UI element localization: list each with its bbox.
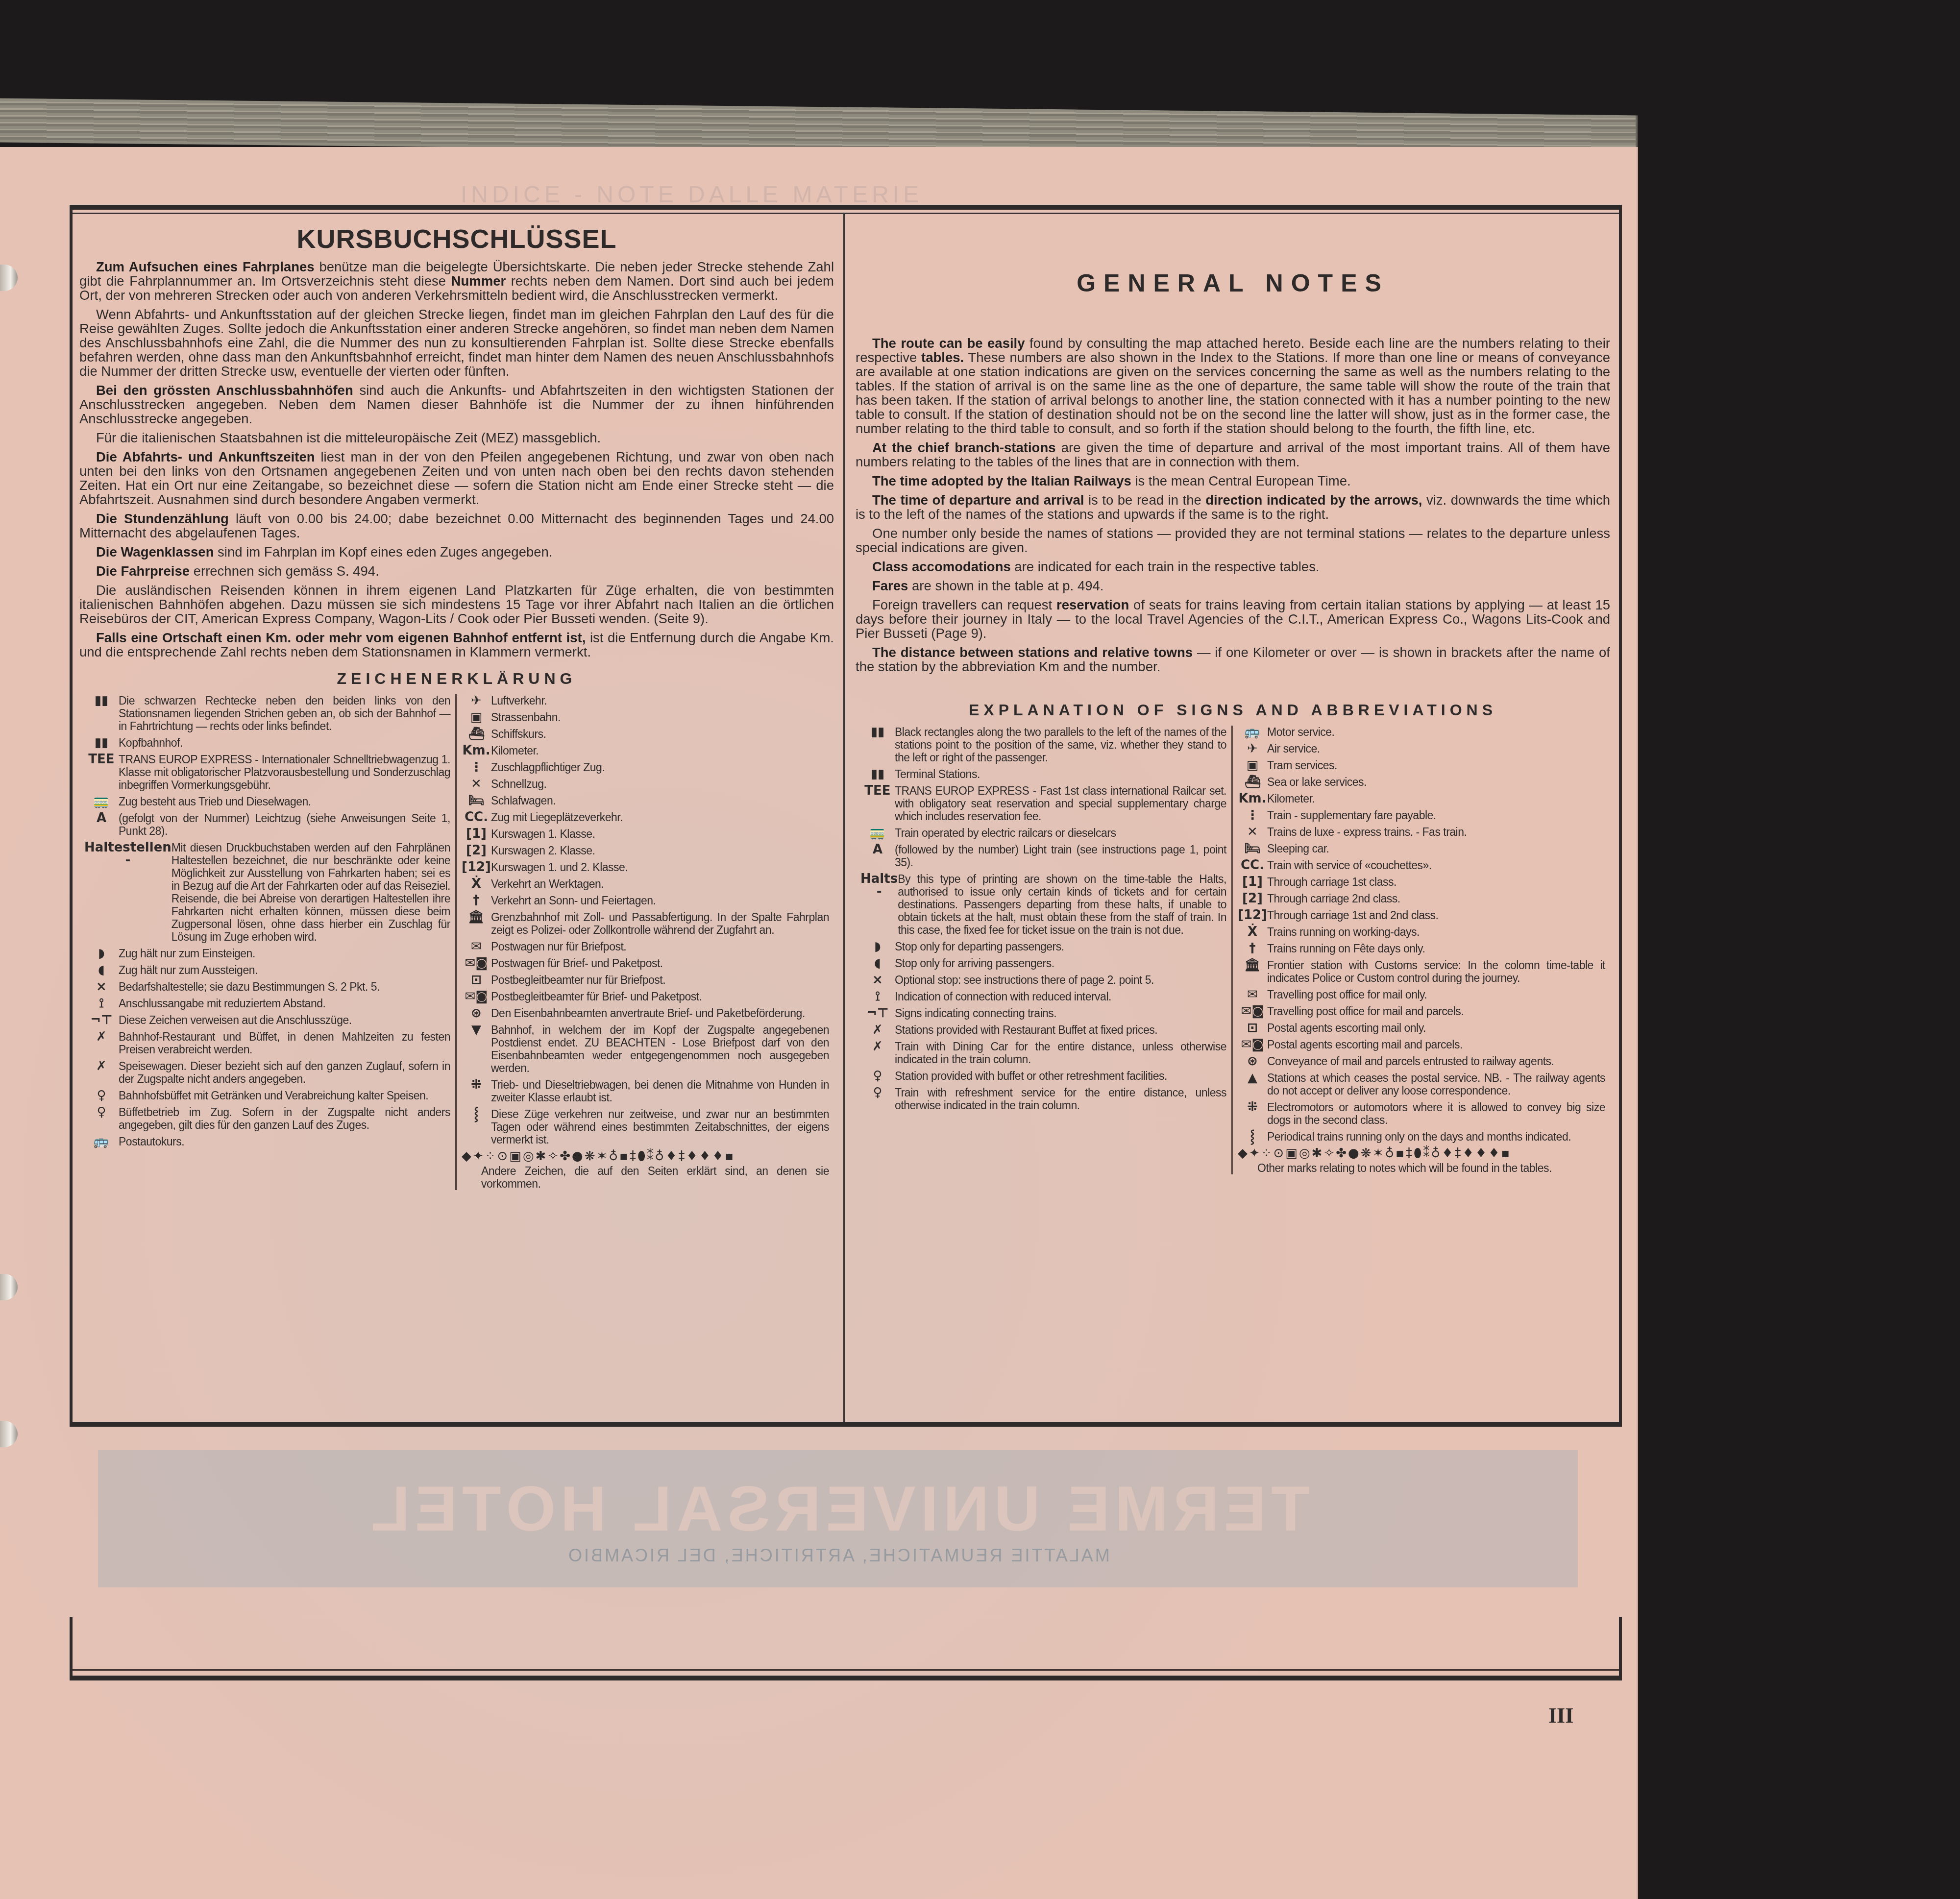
legend-text: Kurswagen 1. Klasse. xyxy=(491,828,829,840)
paragraph-text: These numbers are also shown in the Inde… xyxy=(856,350,1610,436)
paragraph: One number only beside the names of stat… xyxy=(856,526,1610,555)
legend-item: TEETRANS EUROP EXPRESS - Fast 1st class … xyxy=(860,784,1226,823)
legend-symbol-icon: A xyxy=(84,812,119,837)
legend-text: Signs indicating connecting trains. xyxy=(895,1007,1226,1020)
paragraph-text: Wenn Abfahrts- und Ankunftsstation auf d… xyxy=(79,307,834,379)
legend-item: ẊVerkehrt an Werktagen. xyxy=(462,877,829,890)
legend-item: ▣Strassenbahn. xyxy=(462,711,829,724)
paragraph: Class accomodations are indicated for ea… xyxy=(856,560,1610,574)
ad-title: TERME UNIVERSAL HOTEL xyxy=(366,1472,1310,1545)
paragraph: Die Fahrpreise errechnen sich gemäss S. … xyxy=(79,564,834,578)
legend-text: Postbegleitbeamter für Brief- und Paketp… xyxy=(491,990,829,1003)
legend-item: ✉◙Travelling post office for mail and pa… xyxy=(1238,1005,1605,1018)
legend-text: Kilometer. xyxy=(491,744,829,757)
paragraph: Die Abfahrts- und Ankunftszeiten liest m… xyxy=(79,450,834,507)
page-number: III xyxy=(1548,1703,1573,1728)
legend-item: 🛏Sleeping car. xyxy=(1238,842,1605,855)
legend-text: Den Eisenbahnbeamten anvertraute Brief- … xyxy=(491,1007,829,1020)
legend-item: [12]Kurswagen 1. und 2. Klasse. xyxy=(462,861,829,874)
legend-text: Stations provided with Restaurant Buffet… xyxy=(895,1023,1226,1036)
legend-symbol-icon: ⊡ xyxy=(462,974,491,986)
legend-text: Schnellzug. xyxy=(491,778,829,790)
legend-item: ✉◙Postbegleitbeamter für Brief- und Pake… xyxy=(462,990,829,1003)
legend-item: ¬⊤Diese Zeichen verweisen aut die Anschl… xyxy=(84,1014,450,1026)
legend-text: Through carriage 1st class. xyxy=(1267,876,1605,888)
legend-item: ♀Büffetbetrieb im Zug. Sofern in der Zug… xyxy=(84,1106,450,1131)
binding-ring xyxy=(0,1421,18,1447)
legend-symbol-icon: ▲ xyxy=(1238,1071,1267,1097)
legend-symbol-icon: ⟟ xyxy=(860,990,895,1003)
legend-item: ✈Air service. xyxy=(1238,742,1605,755)
legend-item: ▮▮Die schwarzen Rechtecke neben den beid… xyxy=(84,694,450,732)
paragraph-text: Foreign travellers can request xyxy=(872,597,1056,612)
legend-symbol-icon: ⋮ xyxy=(1238,809,1267,822)
paragraph: Die Wagenklassen sind im Fahrplan im Kop… xyxy=(79,545,834,559)
legend-text: Stations at which ceases the postal serv… xyxy=(1267,1071,1605,1097)
legend-item: ▮▮Kopfbahnhof. xyxy=(84,736,450,749)
paragraph-lead: The time of departure and arrival xyxy=(872,492,1084,508)
legend-text: Kurswagen 2. Klasse. xyxy=(491,844,829,857)
content-frame: KURSBUCHSCHLÜSSEL Zum Aufsuchen eines Fa… xyxy=(70,205,1622,1427)
legend-item: ◖Stop only for arriving passengers. xyxy=(860,957,1226,970)
paragraph-emphasis: Nummer xyxy=(451,273,506,289)
legend-text: Strassenbahn. xyxy=(491,711,829,724)
legend-item: Haltestellen -Mit diesen Druckbuchstaben… xyxy=(84,841,450,943)
paragraph-lead: Falls eine Ortschaft einen Km. oder mehr… xyxy=(96,630,586,645)
paragraph-text: are shown in the table at p. 494. xyxy=(908,578,1103,593)
legend-item: [2]Kurswagen 2. Klasse. xyxy=(462,844,829,857)
legend-item: A(gefolgt von der Nummer) Leichtzug (sie… xyxy=(84,812,450,837)
legend-symbol-icon: CC. xyxy=(1238,859,1267,872)
legend-text: Zug besteht aus Trieb und Dieselwagen. xyxy=(119,795,450,808)
legend-item: TEETRANS EUROP EXPRESS - Internationaler… xyxy=(84,753,450,791)
legend-symbol-icon: ⛴ xyxy=(1238,776,1267,788)
legend-text: Schlafwagen. xyxy=(491,794,829,807)
legend-item: ▮▮Black rectangles along the two paralle… xyxy=(860,726,1226,764)
legend-symbol-icon: Ẋ xyxy=(1238,925,1267,938)
ad-subtitle: MALATTIE REUMATICHE, ARTRITICHE, DEL RIC… xyxy=(566,1545,1110,1566)
paragraph-text: is to be read in the xyxy=(1084,492,1205,508)
legend-symbol-icon: 🚌 xyxy=(84,1135,119,1148)
legend-symbol-icon: ✗ xyxy=(860,1040,895,1066)
english-legend-title: EXPLANATION OF SIGNS AND ABBREVIATIONS xyxy=(856,703,1610,717)
legend-text: Train operated by electric railcars or d… xyxy=(895,827,1226,839)
paragraph: The time adopted by the Italian Railways… xyxy=(856,474,1610,488)
legend-symbol-icon: ▮▮ xyxy=(860,726,895,764)
legend-symbol-icon: ✕ xyxy=(462,778,491,790)
english-legend: ▮▮Black rectangles along the two paralle… xyxy=(856,726,1610,1174)
legend-symbol-icon: TEE xyxy=(84,753,119,791)
legend-text: Trains running on Fête days only. xyxy=(1267,942,1605,955)
legend-item: 🛏Schlafwagen. xyxy=(462,794,829,807)
legend-item: 🚃Zug besteht aus Trieb und Dieselwagen. xyxy=(84,795,450,808)
paragraph: Für die italienischen Staatsbahnen ist d… xyxy=(79,431,834,445)
paragraph-text: are indicated for each train in the resp… xyxy=(1011,559,1320,574)
legend-symbol-icon: ⸾ xyxy=(1238,1130,1267,1143)
legend-item: ◗Zug hält nur zum Einsteigen. xyxy=(84,947,450,960)
german-legend: ▮▮Die schwarzen Rechtecke neben den beid… xyxy=(79,694,834,1190)
legend-text: Air service. xyxy=(1267,742,1605,755)
legend-item: A(followed by the number) Light train (s… xyxy=(860,843,1226,869)
legend-item: ♀Train with refreshment service for the … xyxy=(860,1086,1226,1112)
legend-symbol-icon: ✈ xyxy=(462,694,491,707)
legend-text: Kurswagen 1. und 2. Klasse. xyxy=(491,861,829,874)
legend-text: Terminal Stations. xyxy=(895,768,1226,780)
legend-item: ♀Station provided with buffet or other r… xyxy=(860,1070,1226,1082)
paragraph: Foreign travellers can request reservati… xyxy=(856,598,1610,640)
legend-symbol-icon: ♀ xyxy=(84,1106,119,1131)
legend-text: Bedarfshaltestelle; sie dazu Bestimmunge… xyxy=(119,980,450,993)
legend-symbol-icon: ✕ xyxy=(1238,826,1267,838)
legend-text: Periodical trains running only on the da… xyxy=(1267,1130,1605,1143)
legend-item: ◗Stop only for departing passengers. xyxy=(860,940,1226,953)
legend-text: Zug hält nur zum Einsteigen. xyxy=(119,947,450,960)
german-paragraphs: Zum Aufsuchen eines Fahrplanes benütze m… xyxy=(79,260,834,659)
legend-text: Diese Züge verkehren nur zeitweise, und … xyxy=(491,1108,829,1146)
paragraph: Falls eine Ortschaft einen Km. oder mehr… xyxy=(79,631,834,659)
legend-symbol-icon: ✈ xyxy=(1238,742,1267,755)
legend-symbol-icon: ¬⊤ xyxy=(84,1014,119,1026)
legend-text: Train with Dining Car for the entire dis… xyxy=(895,1040,1226,1066)
paragraph-lead: The route can be easily xyxy=(872,336,1025,351)
other-marks-text: Other marks relating to notes which will… xyxy=(1238,1162,1605,1174)
legend-symbol-icon: 🏛 xyxy=(1238,959,1267,984)
legend-symbol-icon: ♀ xyxy=(860,1070,895,1082)
legend-text: Sleeping car. xyxy=(1267,842,1605,855)
legend-symbol-icon: ⸾ xyxy=(462,1108,491,1146)
legend-item: CC.Train with service of «couchettes». xyxy=(1238,859,1605,872)
binding-ring xyxy=(0,265,18,291)
legend-symbol-icon: † xyxy=(462,894,491,907)
legend-symbol-icon: 🚃 xyxy=(860,827,895,839)
legend-item: ⊛Conveyance of mail and parcels entruste… xyxy=(1238,1055,1605,1068)
legend-symbol-icon: ⊛ xyxy=(1238,1055,1267,1068)
legend-symbol-icon: ✉◙ xyxy=(1238,1005,1267,1018)
legend-text: Postautokurs. xyxy=(119,1135,450,1148)
paragraph-lead: The distance between stations and relati… xyxy=(872,645,1193,660)
legend-text: Postwagen nur für Briefpost. xyxy=(491,940,829,953)
legend-text: Anschlussangabe mit reduziertem Abstand. xyxy=(119,997,450,1010)
paragraph-lead: Die Abfahrts- und Ankunftszeiten xyxy=(96,449,315,464)
legend-symbol-icon: [2] xyxy=(462,844,491,857)
legend-symbol-icon: Haltestellen - xyxy=(84,841,171,943)
legend-text: Stop only for departing passengers. xyxy=(895,940,1226,953)
legend-symbol-icon: [12] xyxy=(462,861,491,874)
legend-item: ♀Bahnhofsbüffet mit Getränken und Verabr… xyxy=(84,1089,450,1102)
paragraph-lead: Class accomodations xyxy=(872,559,1011,574)
paragraph-text: Für die italienischen Staatsbahnen ist d… xyxy=(96,430,601,445)
legend-item: ✉◙Postal agents escorting mail and parce… xyxy=(1238,1038,1605,1051)
legend-text: Bahnhof, in welchem der im Kopf der Zugs… xyxy=(491,1023,829,1074)
legend-item: ✗Speisewagen. Dieser bezieht sich auf de… xyxy=(84,1060,450,1085)
legend-item: ⛴Schiffskurs. xyxy=(462,728,829,740)
legend-text: Postal agents escorting mail only. xyxy=(1267,1022,1605,1034)
legend-symbol-icon: CC. xyxy=(462,811,491,824)
legend-text: TRANS EUROP EXPRESS - Fast 1st class int… xyxy=(895,784,1226,823)
legend-item: [1]Through carriage 1st class. xyxy=(1238,876,1605,888)
legend-symbol-icon: ✉ xyxy=(1238,988,1267,1001)
legend-text: Tram services. xyxy=(1267,759,1605,772)
legend-text: Zug mit Liegeplätzeverkehr. xyxy=(491,811,829,824)
legend-item: ✗Train with Dining Car for the entire di… xyxy=(860,1040,1226,1066)
legend-symbol-icon: ◖ xyxy=(84,964,119,976)
paragraph-emphasis: reservation xyxy=(1056,597,1129,612)
english-paragraphs: The route can be easily found by consult… xyxy=(856,336,1610,674)
legend-symbol-icon: ▼ xyxy=(462,1023,491,1074)
legend-text: Postwagen für Brief- und Paketpost. xyxy=(491,957,829,970)
legend-text: TRANS EUROP EXPRESS - Internationaler Sc… xyxy=(119,753,450,791)
legend-symbol-icon: [1] xyxy=(462,828,491,840)
legend-text: Trains running on working-days. xyxy=(1267,925,1605,938)
paragraph: Die Stundenzählung läuft von 0.00 bis 24… xyxy=(79,511,834,540)
legend-symbol-icon: ▮▮ xyxy=(860,768,895,780)
legend-symbol-icon: ⊛ xyxy=(462,1007,491,1020)
legend-item: 🏛Grenzbahnhof mit Zoll- und Passabfertig… xyxy=(462,911,829,936)
column-divider xyxy=(843,214,845,1422)
german-legend-title: ZEICHENERKLÄRUNG xyxy=(79,672,834,685)
legend-symbol-icon: 🚌 xyxy=(1238,726,1267,738)
legend-symbol-icon: A xyxy=(860,843,895,869)
legend-symbol-icon: † xyxy=(1238,942,1267,955)
bottom-frame xyxy=(70,1617,1622,1680)
legend-item: ⁜Trieb- und Dieseltriebwagen, bei denen … xyxy=(462,1078,829,1104)
legend-text: Travelling post office for mail only. xyxy=(1267,988,1605,1001)
legend-symbol-icon: × xyxy=(860,974,895,986)
legend-text: Grenzbahnhof mit Zoll- und Passabfertigu… xyxy=(491,911,829,936)
legend-symbol-icon: ⟟ xyxy=(84,997,119,1010)
legend-text: Optional stop: see instructions there of… xyxy=(895,974,1226,986)
legend-text: Zug hält nur zum Aussteigen. xyxy=(119,964,450,976)
legend-symbol-icon: ♀ xyxy=(860,1086,895,1112)
legend-symbol-icon: ⁜ xyxy=(462,1078,491,1104)
legend-item: ⟟Indication of connection with reduced i… xyxy=(860,990,1226,1003)
other-marks-icons: ◆✦⁘⊙▣◎✱✧✤●❋✶♁▪‡⬮⁑♁♦‡♦♦♦▪ xyxy=(1238,1147,1605,1160)
legend-item: ⁜Electromotors or automotors where it is… xyxy=(1238,1101,1605,1126)
legend-text: Travelling post office for mail and parc… xyxy=(1267,1005,1605,1018)
legend-item: ▮▮Terminal Stations. xyxy=(860,768,1226,780)
legend-symbol-icon: ⁜ xyxy=(1238,1101,1267,1126)
paragraph: The distance between stations and relati… xyxy=(856,645,1610,674)
legend-item: ⛴Sea or lake services. xyxy=(1238,776,1605,788)
legend-text: Motor service. xyxy=(1267,726,1605,738)
legend-symbol-icon: ⋮ xyxy=(462,761,491,774)
legend-text: Kilometer. xyxy=(1267,792,1605,805)
legend-text: Diese Zeichen verweisen aut die Anschlus… xyxy=(119,1014,450,1026)
legend-text: Verkehrt an Werktagen. xyxy=(491,877,829,890)
legend-text: Conveyance of mail and parcels entrusted… xyxy=(1267,1055,1605,1068)
legend-item: ✉◙Postwagen für Brief- und Paketpost. xyxy=(462,957,829,970)
legend-item: ✕Trains de luxe - express trains. - Fas … xyxy=(1238,826,1605,838)
legend-text: Postal agents escorting mail and parcels… xyxy=(1267,1038,1605,1051)
legend-text: Trains de luxe - express trains. - Fas t… xyxy=(1267,826,1605,838)
legend-symbol-icon: ▮▮ xyxy=(84,736,119,749)
legend-text: Through carriage 2nd class. xyxy=(1267,892,1605,905)
legend-item: 🚃Train operated by electric railcars or … xyxy=(860,827,1226,839)
legend-text: Station provided with buffet or other re… xyxy=(895,1070,1226,1082)
legend-item: †Verkehrt an Sonn- und Feiertagen. xyxy=(462,894,829,907)
legend-text: Zuschlagpflichtiger Zug. xyxy=(491,761,829,774)
legend-item: ×Optional stop: see instructions there o… xyxy=(860,974,1226,986)
legend-item: ¬⊤Signs indicating connecting trains. xyxy=(860,1007,1226,1020)
paragraph: At the chief branch-stations are given t… xyxy=(856,440,1610,469)
legend-text: Kopfbahnhof. xyxy=(119,736,450,749)
legend-text: Trieb- und Dieseltriebwagen, bei denen d… xyxy=(491,1078,829,1104)
legend-symbol-icon: ✗ xyxy=(84,1060,119,1085)
legend-item: ▲Stations at which ceases the postal ser… xyxy=(1238,1071,1605,1097)
legend-item: ✗Bahnhof-Restaurant und Büffet, in denen… xyxy=(84,1030,450,1056)
legend-item: Halts -By this type of printing are show… xyxy=(860,873,1226,936)
legend-item: ✕Schnellzug. xyxy=(462,778,829,790)
legend-text: By this type of printing are shown on th… xyxy=(898,873,1226,936)
legend-symbol-icon: ◖ xyxy=(860,957,895,970)
legend-item: ⟟Anschlussangabe mit reduziertem Abstand… xyxy=(84,997,450,1010)
german-title: KURSBUCHSCHLÜSSEL xyxy=(79,224,834,254)
paragraph-text: sind im Fahrplan im Kopf eines eden Zuge… xyxy=(214,544,552,560)
legend-text: Schiffskurs. xyxy=(491,728,829,740)
paragraph: The route can be easily found by consult… xyxy=(856,336,1610,436)
paragraph-lead: Zum Aufsuchen eines Fahrplanes xyxy=(96,259,315,274)
legend-text: Postbegleitbeamter nur für Briefpost. xyxy=(491,974,829,986)
legend-item: Km.Kilometer. xyxy=(1238,792,1605,805)
legend-symbol-icon: ✉ xyxy=(462,940,491,953)
legend-text: Luftverkehr. xyxy=(491,694,829,707)
legend-symbol-icon: ▣ xyxy=(1238,759,1267,772)
legend-symbol-icon: ▣ xyxy=(462,711,491,724)
legend-item: ⊡Postbegleitbeamter nur für Briefpost. xyxy=(462,974,829,986)
other-marks-text: Andere Zeichen, die auf den Seiten erklä… xyxy=(462,1165,829,1190)
legend-text: Speisewagen. Dieser bezieht sich auf den… xyxy=(119,1060,450,1085)
german-column: KURSBUCHSCHLÜSSEL Zum Aufsuchen eines Fa… xyxy=(79,224,834,1190)
legend-item: ⋮Zuschlagpflichtiger Zug. xyxy=(462,761,829,774)
legend-text: Frontier station with Customs service: I… xyxy=(1267,959,1605,984)
legend-item: [12]Through carriage 1st and 2nd class. xyxy=(1238,909,1605,922)
legend-symbol-icon: Halts - xyxy=(860,873,898,936)
bleed-through-header: INDICE - NOTE DALLE MATERIE xyxy=(461,181,923,208)
legend-item: ✗Stations provided with Restaurant Buffe… xyxy=(860,1023,1226,1036)
legend-text: Train with service of «couchettes». xyxy=(1267,859,1605,872)
legend-symbol-icon: TEE xyxy=(860,784,895,823)
legend-item: †Trains running on Fête days only. xyxy=(1238,942,1605,955)
legend-symbol-icon: ✉◙ xyxy=(462,990,491,1003)
legend-text: Bahnhofsbüffet mit Getränken und Verabre… xyxy=(119,1089,450,1102)
legend-text: Through carriage 1st and 2nd class. xyxy=(1267,909,1605,922)
paragraph-text: is the mean Central European Time. xyxy=(1131,473,1351,488)
legend-item: CC.Zug mit Liegeplätzeverkehr. xyxy=(462,811,829,824)
legend-item: 🚌Postautokurs. xyxy=(84,1135,450,1148)
paragraph-lead: At the chief branch-stations xyxy=(872,440,1056,455)
legend-symbol-icon: ✉◙ xyxy=(1238,1038,1267,1051)
legend-item: [2]Through carriage 2nd class. xyxy=(1238,892,1605,905)
legend-text: Black rectangles along the two parallels… xyxy=(895,726,1226,764)
paragraph: Bei den grössten Anschlussbahnhöfen sind… xyxy=(79,383,834,426)
paragraph: The time of departure and arrival is to … xyxy=(856,493,1610,521)
legend-text: Bahnhof-Restaurant und Büffet, in denen … xyxy=(119,1030,450,1056)
paragraph-lead: Bei den grössten Anschlussbahnhöfen xyxy=(96,383,353,398)
english-legend-left: ▮▮Black rectangles along the two paralle… xyxy=(856,726,1233,1174)
legend-symbol-icon: [1] xyxy=(1238,876,1267,888)
legend-symbol-icon: ✗ xyxy=(860,1023,895,1036)
legend-item: ×Bedarfshaltestelle; sie dazu Bestimmung… xyxy=(84,980,450,993)
legend-item: ⸾Diese Züge verkehren nur zeitweise, und… xyxy=(462,1108,829,1146)
paragraph: Die ausländischen Reisenden können in ih… xyxy=(79,583,834,626)
legend-item: ⊡Postal agents escorting mail only. xyxy=(1238,1022,1605,1034)
legend-symbol-icon: ◗ xyxy=(860,940,895,953)
paragraph-lead: Die Fahrpreise xyxy=(96,563,190,579)
bleed-through-advertisement: TERME UNIVERSAL HOTEL MALATTIE REUMATICH… xyxy=(98,1450,1578,1587)
legend-symbol-icon: ✗ xyxy=(84,1030,119,1056)
legend-text: Die schwarzen Rechtecke neben den beiden… xyxy=(119,694,450,732)
paragraph-emphasis: tables. xyxy=(921,350,964,365)
paragraph-emphasis: direction indicated by the arrows, xyxy=(1205,492,1422,508)
legend-item: ▼Bahnhof, in welchem der im Kopf der Zug… xyxy=(462,1023,829,1074)
legend-text: Büffetbetrieb im Zug. Sofern in der Zugs… xyxy=(119,1106,450,1131)
paragraph: Zum Aufsuchen eines Fahrplanes benütze m… xyxy=(79,260,834,302)
legend-item: 🚌Motor service. xyxy=(1238,726,1605,738)
paragraph-text: Die ausländischen Reisenden können in ih… xyxy=(79,583,834,626)
legend-item: ⋮Train - supplementary fare payable. xyxy=(1238,809,1605,822)
paragraph-lead: The time adopted by the Italian Railways xyxy=(872,473,1131,488)
legend-symbol-icon: ⛴ xyxy=(462,728,491,740)
legend-item: ✉Postwagen nur für Briefpost. xyxy=(462,940,829,953)
legend-item: ▣Tram services. xyxy=(1238,759,1605,772)
paragraph: Fares are shown in the table at p. 494. xyxy=(856,579,1610,593)
other-marks-icons: ◆✦⁘⊙▣◎✱✧✤●❋✶♁▪‡⬮⁑♁♦‡♦♦♦▪ xyxy=(462,1150,829,1163)
binding-ring xyxy=(0,1274,18,1300)
legend-symbol-icon: 🛏 xyxy=(1238,842,1267,855)
legend-symbol-icon: ⊡ xyxy=(1238,1022,1267,1034)
german-legend-left: ▮▮Die schwarzen Rechtecke neben den beid… xyxy=(79,694,457,1190)
legend-text: Stop only for arriving passengers. xyxy=(895,957,1226,970)
legend-text: Sea or lake services. xyxy=(1267,776,1605,788)
legend-text: (gefolgt von der Nummer) Leichtzug (sieh… xyxy=(119,812,450,837)
legend-item: Km.Kilometer. xyxy=(462,744,829,757)
english-column: GENERAL NOTES The route can be easily fo… xyxy=(856,224,1610,1174)
paragraph-text: One number only beside the names of stat… xyxy=(856,526,1610,555)
legend-symbol-icon: × xyxy=(84,980,119,993)
legend-text: Mit diesen Druckbuchstaben werden auf de… xyxy=(171,841,450,943)
paragraph-lead: Fares xyxy=(872,578,908,593)
legend-text: Train with refreshment service for the e… xyxy=(895,1086,1226,1112)
legend-text: Indication of connection with reduced in… xyxy=(895,990,1226,1003)
legend-text: (followed by the number) Light train (se… xyxy=(895,843,1226,869)
legend-item: ⸾Periodical trains running only on the d… xyxy=(1238,1130,1605,1143)
paragraph-text: errechnen sich gemäss S. 494. xyxy=(190,563,379,579)
legend-symbol-icon: [12] xyxy=(1238,909,1267,922)
legend-symbol-icon: ✉◙ xyxy=(462,957,491,970)
legend-symbol-icon: 🛏 xyxy=(462,794,491,807)
legend-item: ◖Zug hält nur zum Aussteigen. xyxy=(84,964,450,976)
legend-symbol-icon: ¬⊤ xyxy=(860,1007,895,1020)
legend-symbol-icon: 🏛 xyxy=(462,911,491,936)
legend-symbol-icon: 🚃 xyxy=(84,795,119,808)
legend-symbol-icon: ▮▮ xyxy=(84,694,119,732)
legend-item: ✈Luftverkehr. xyxy=(462,694,829,707)
legend-symbol-icon: Km. xyxy=(1238,792,1267,805)
legend-symbol-icon: ♀ xyxy=(84,1089,119,1102)
paragraph-lead: Die Wagenklassen xyxy=(96,544,214,560)
legend-item: [1]Kurswagen 1. Klasse. xyxy=(462,828,829,840)
legend-item: ✉Travelling post office for mail only. xyxy=(1238,988,1605,1001)
legend-text: Electromotors or automotors where it is … xyxy=(1267,1101,1605,1126)
german-legend-right: ✈Luftverkehr.▣Strassenbahn.⛴Schiffskurs.… xyxy=(457,694,834,1190)
paragraph: Wenn Abfahrts- und Ankunftsstation auf d… xyxy=(79,307,834,378)
legend-text: Verkehrt an Sonn- und Feiertagen. xyxy=(491,894,829,907)
legend-text: Train - supplementary fare payable. xyxy=(1267,809,1605,822)
legend-item: ⊛Den Eisenbahnbeamten anvertraute Brief-… xyxy=(462,1007,829,1020)
legend-item: 🏛Frontier station with Customs service: … xyxy=(1238,959,1605,984)
legend-symbol-icon: [2] xyxy=(1238,892,1267,905)
legend-symbol-icon: ◗ xyxy=(84,947,119,960)
